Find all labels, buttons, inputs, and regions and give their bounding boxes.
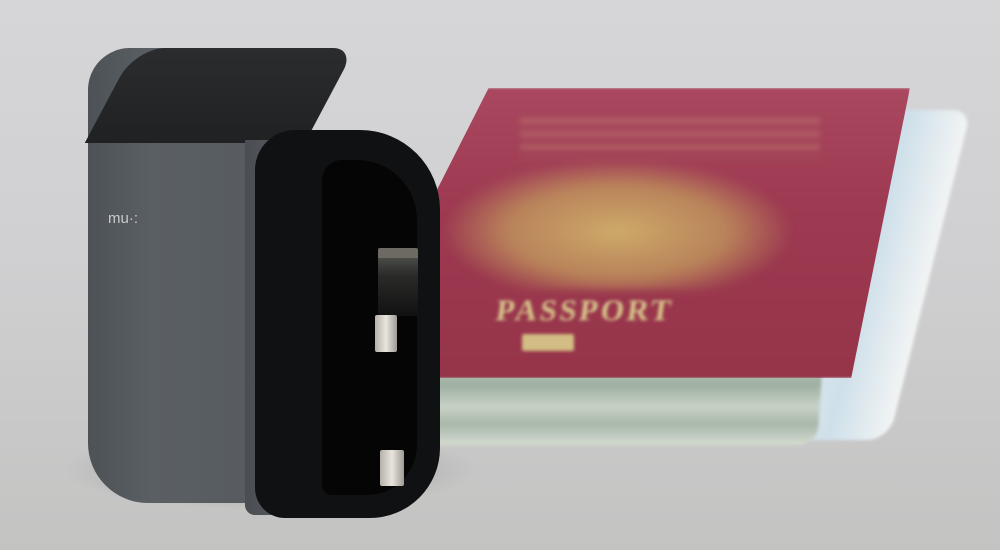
biometric-chip-symbol (522, 334, 574, 351)
photo-scene: PASSPORT mu·: (0, 0, 1000, 550)
passport-title: PASSPORT (438, 294, 733, 328)
device-plug-recess (322, 160, 417, 495)
live-pin (375, 315, 397, 352)
earth-pin (378, 248, 418, 316)
passport-header-text (520, 118, 820, 158)
royal-coat-of-arms-emblem (445, 160, 790, 290)
neutral-pin (380, 450, 404, 486)
brand-logo: mu·: (108, 210, 138, 227)
